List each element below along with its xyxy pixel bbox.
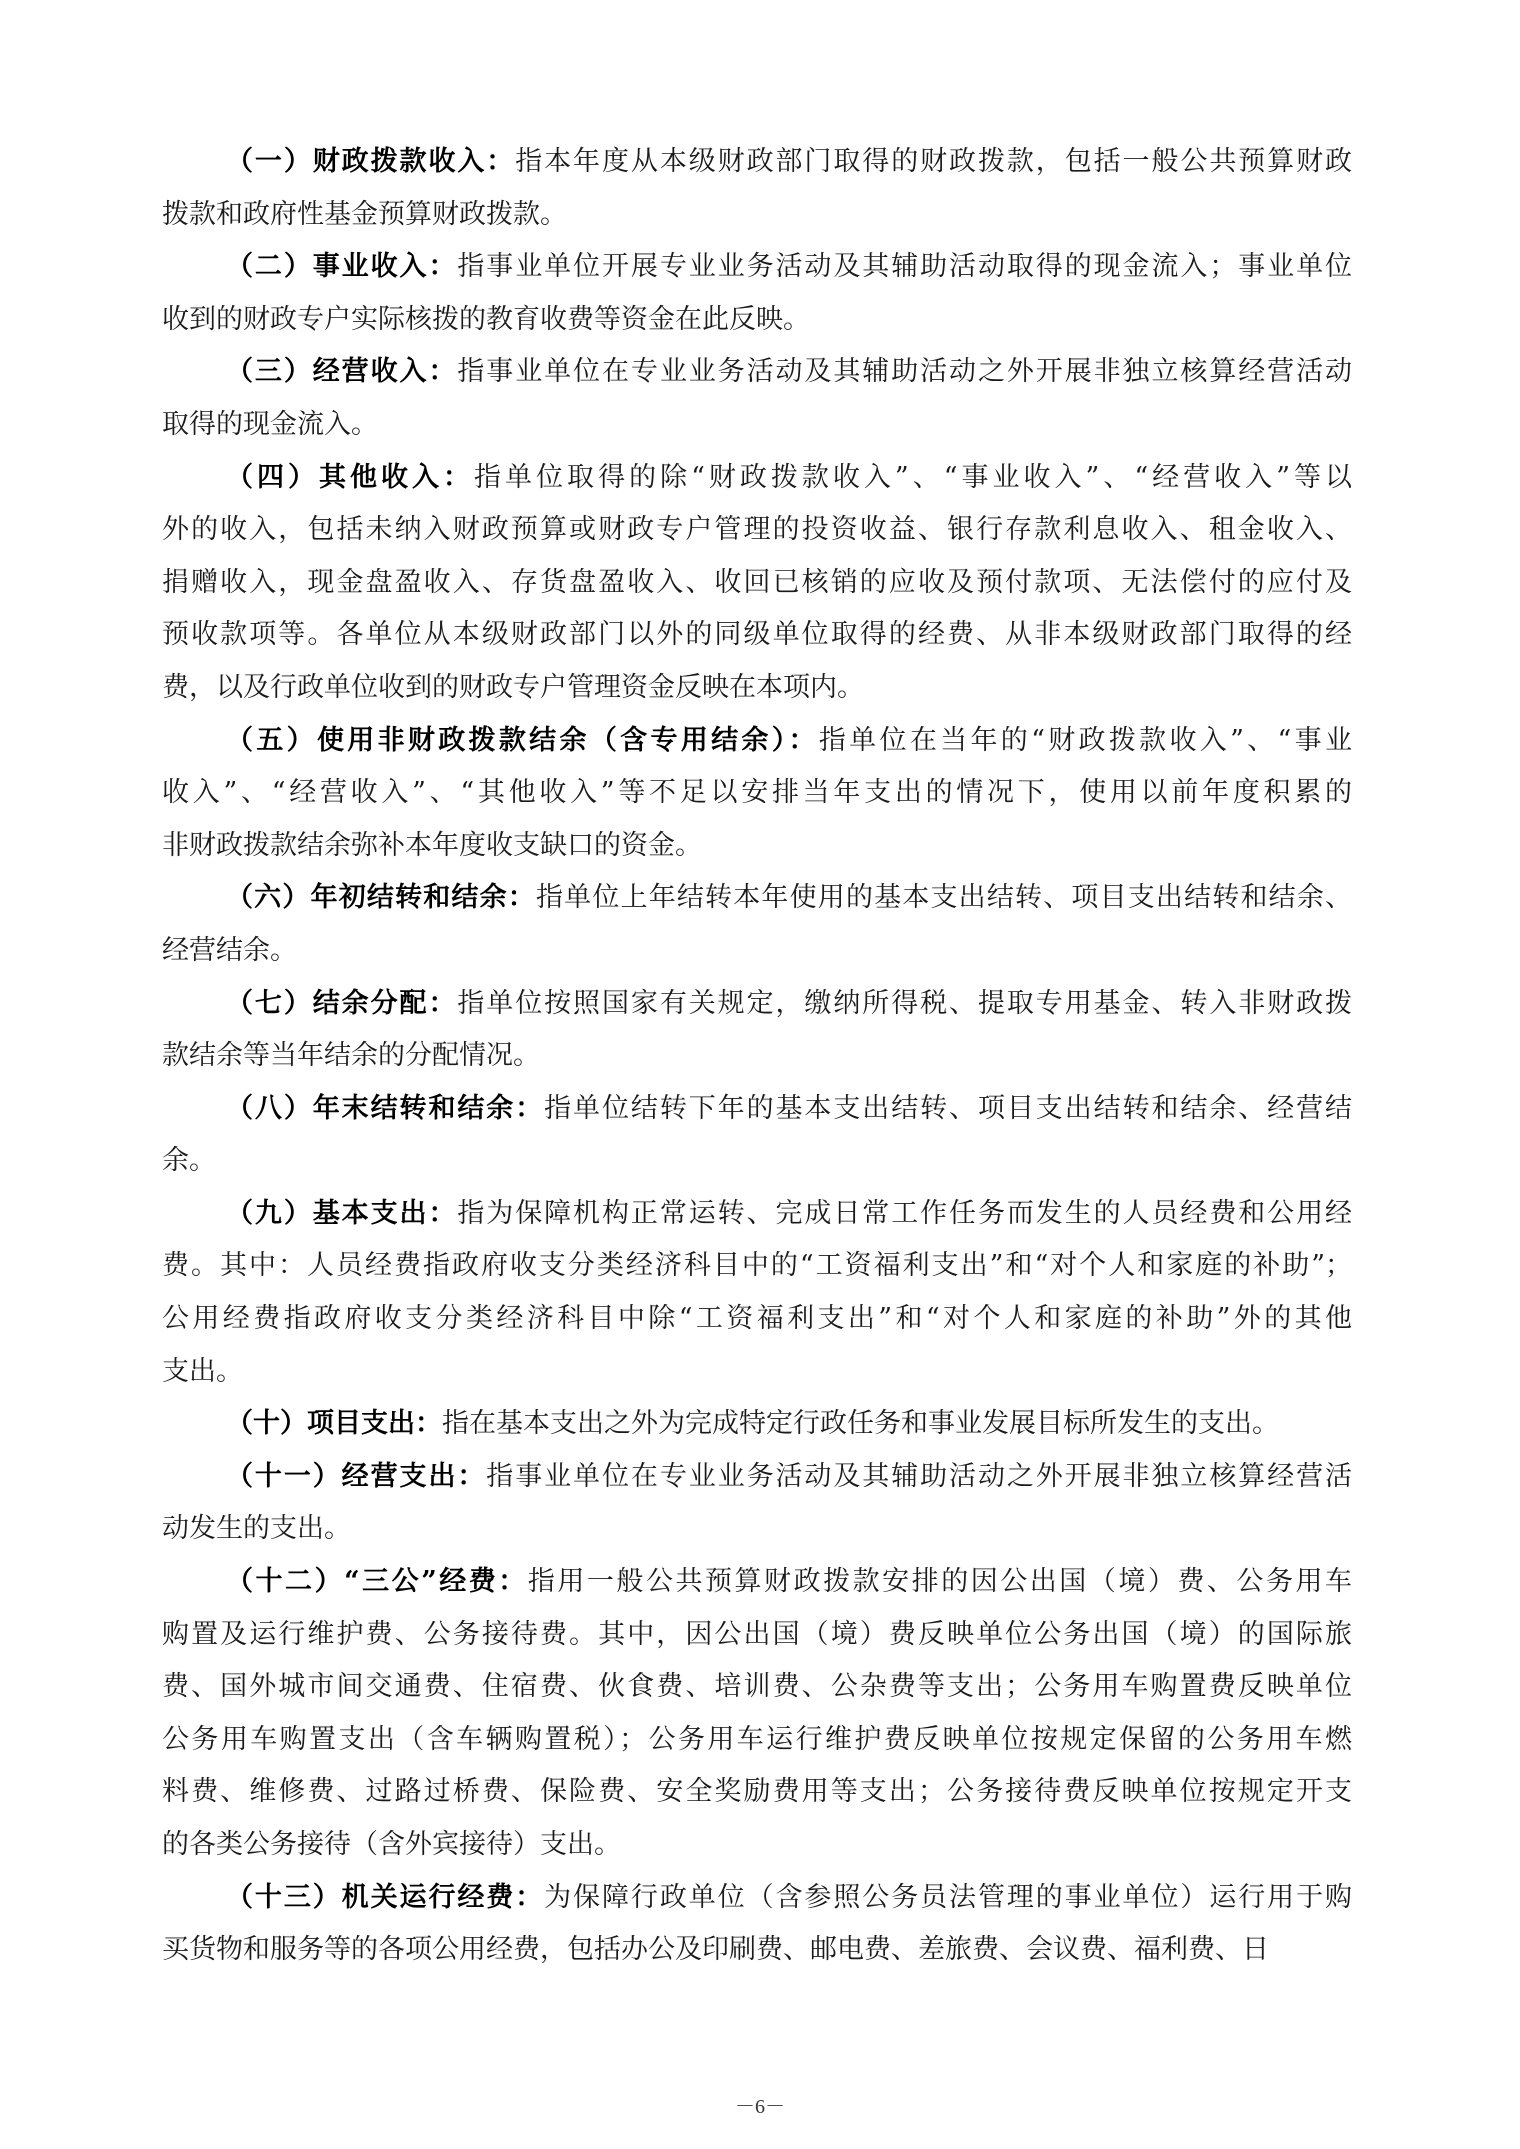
definition-text: 费、国外城市间交通费、住宿费、伙食费、培训费、公杂费等支出；公务用车购置费反映单… bbox=[162, 1671, 1352, 1702]
definition-text: 款结余等当年结余的分配情况。 bbox=[162, 1040, 540, 1071]
page-number: －6－ bbox=[0, 2090, 1520, 2119]
paragraph-line: 支出。 bbox=[162, 1346, 1352, 1399]
paragraph-line: 非财政拨款结余弥补本年度收支缺口的资金。 bbox=[162, 820, 1352, 873]
paragraph-line: （二）事业收入：指事业单位开展专业业务活动及其辅助活动取得的现金流入；事业单位 bbox=[162, 241, 1352, 294]
paragraph-line: （五）使用非财政拨款结余（含专用结余）：指单位在当年的“财政拨款收入”、“事业 bbox=[162, 715, 1352, 768]
definition-paragraph: （九）基本支出：指为保障机构正常运转、完成日常工作任务而发生的人员经费和公用经费… bbox=[162, 1188, 1352, 1398]
paragraph-line: 取得的现金流入。 bbox=[162, 399, 1352, 452]
definition-term: （八）年末结转和结余： bbox=[226, 1093, 544, 1124]
definition-paragraph: （十一）经营支出：指事业单位在专业业务活动及其辅助活动之外开展非独立核算经营活动… bbox=[162, 1451, 1352, 1556]
definition-paragraph: （十二）“三公”经费：指用一般公共预算财政拨款安排的因公出国（境）费、公务用车购… bbox=[162, 1556, 1352, 1872]
paragraph-line: 公用经费指政府收支分类经济科目中除“工资福利支出”和“对个人和家庭的补助”外的其… bbox=[162, 1293, 1352, 1346]
definition-text: 经营结余。 bbox=[162, 935, 297, 966]
definition-text: 动发生的支出。 bbox=[162, 1513, 351, 1544]
definition-term: （九）基本支出： bbox=[226, 1198, 457, 1229]
definition-paragraph: （七）结余分配：指单位按照国家有关规定，缴纳所得税、提取专用基金、转入非财政拨款… bbox=[162, 978, 1352, 1083]
definition-paragraph: （十三）机关运行经费：为保障行政单位（含参照公务员法管理的事业单位）运行用于购买… bbox=[162, 1872, 1352, 1977]
paragraph-line: 外的收入，包括未纳入财政预算或财政专户管理的投资收益、银行存款利息收入、租金收入… bbox=[162, 504, 1352, 557]
definition-text: 指单位取得的除“财政拨款收入”、“事业收入”、“经营收入”等以 bbox=[474, 462, 1352, 493]
definition-paragraph: （二）事业收入：指事业单位开展专业业务活动及其辅助活动取得的现金流入；事业单位收… bbox=[162, 241, 1352, 346]
paragraph-line: 公务用车购置支出（含车辆购置税）；公务用车运行维护费反映单位按规定保留的公务用车… bbox=[162, 1714, 1352, 1767]
definition-term: （五）使用非财政拨款结余（含专用结余）： bbox=[226, 725, 819, 756]
paragraph-line: （八）年末结转和结余：指单位结转下年的基本支出结转、项目支出结转和结余、经营结 bbox=[162, 1083, 1352, 1136]
definition-text: 指事业单位在专业业务活动及其辅助活动之外开展非独立核算经营活动 bbox=[457, 356, 1352, 387]
paragraph-line: 拨款和政府性基金预算财政拨款。 bbox=[162, 189, 1352, 242]
definition-text: 收入”、“经营收入”、“其他收入”等不足以安排当年支出的情况下，使用以前年度积累… bbox=[162, 777, 1352, 808]
definition-text: 指单位在当年的“财政拨款收入”、“事业 bbox=[819, 725, 1352, 756]
definition-term: （二）事业收入： bbox=[226, 251, 457, 282]
paragraph-line: 余。 bbox=[162, 1135, 1352, 1188]
definition-text: 公务用车购置支出（含车辆购置税）；公务用车运行维护费反映单位按规定保留的公务用车… bbox=[162, 1724, 1352, 1755]
definition-text: 为保障行政单位（含参照公务员法管理的事业单位）运行用于购 bbox=[544, 1882, 1352, 1913]
definition-paragraph: （三）经营收入：指事业单位在专业业务活动及其辅助活动之外开展非独立核算经营活动取… bbox=[162, 346, 1352, 451]
paragraph-line: 收入”、“经营收入”、“其他收入”等不足以安排当年支出的情况下，使用以前年度积累… bbox=[162, 767, 1352, 820]
paragraph-line: （七）结余分配：指单位按照国家有关规定，缴纳所得税、提取专用基金、转入非财政拨 bbox=[162, 978, 1352, 1031]
definition-text: 指用一般公共预算财政拨款安排的因公出国（境）费、公务用车 bbox=[528, 1566, 1352, 1597]
definition-paragraph: （一）财政拨款收入：指本年度从本级财政部门取得的财政拨款，包括一般公共预算财政拨… bbox=[162, 136, 1352, 241]
definition-text: 费。其中：人员经费指政府收支分类经济科目中的“工资福利支出”和“对个人和家庭的补… bbox=[162, 1250, 1352, 1281]
definition-text: 公用经费指政府收支分类经济科目中除“工资福利支出”和“对个人和家庭的补助”外的其… bbox=[162, 1303, 1352, 1334]
definition-text: 料费、维修费、过路过桥费、保险费、安全奖励费用等支出；公务接待费反映单位按规定开… bbox=[162, 1776, 1352, 1807]
paragraph-line: 捐赠收入，现金盘盈收入、存货盘盈收入、收回已核销的应收及预付款项、无法偿付的应付… bbox=[162, 557, 1352, 610]
paragraph-line: （四）其他收入：指单位取得的除“财政拨款收入”、“事业收入”、“经营收入”等以 bbox=[162, 452, 1352, 505]
definition-paragraph: （五）使用非财政拨款结余（含专用结余）：指单位在当年的“财政拨款收入”、“事业收… bbox=[162, 715, 1352, 873]
paragraph-line: 款结余等当年结余的分配情况。 bbox=[162, 1030, 1352, 1083]
paragraph-line: 动发生的支出。 bbox=[162, 1503, 1352, 1556]
definition-text: 余。 bbox=[162, 1145, 216, 1176]
paragraph-line: 买货物和服务等的各项公用经费，包括办公及印刷费、邮电费、差旅费、会议费、福利费、… bbox=[162, 1924, 1352, 1977]
definition-term: （一）财政拨款收入： bbox=[226, 146, 515, 177]
definition-term: （四）其他收入： bbox=[226, 462, 474, 493]
definition-text: 指为保障机构正常运转、完成日常工作任务而发生的人员经费和公用经 bbox=[457, 1198, 1352, 1229]
definition-text: 指在基本支出之外为完成特定行政任务和事业发展目标所发生的支出。 bbox=[442, 1408, 1279, 1439]
definition-text: 的各类公务接待（含外宾接待）支出。 bbox=[162, 1829, 621, 1860]
definition-text: 非财政拨款结余弥补本年度收支缺口的资金。 bbox=[162, 830, 702, 861]
definition-term: （七）结余分配： bbox=[226, 988, 457, 1019]
paragraph-line: 料费、维修费、过路过桥费、保险费、安全奖励费用等支出；公务接待费反映单位按规定开… bbox=[162, 1766, 1352, 1819]
definition-text: 费，以及行政单位收到的财政专户管理资金反映在本项内。 bbox=[162, 672, 864, 703]
paragraph-line: 费。其中：人员经费指政府收支分类经济科目中的“工资福利支出”和“对个人和家庭的补… bbox=[162, 1240, 1352, 1293]
definition-text: 取得的现金流入。 bbox=[162, 409, 378, 440]
definition-text: 指单位按照国家有关规定，缴纳所得税、提取专用基金、转入非财政拨 bbox=[457, 988, 1352, 1019]
definition-paragraph: （十）项目支出：指在基本支出之外为完成特定行政任务和事业发展目标所发生的支出。 bbox=[162, 1398, 1352, 1451]
definition-term: （十）项目支出： bbox=[226, 1408, 442, 1439]
definition-text: 拨款和政府性基金预算财政拨款。 bbox=[162, 199, 567, 230]
definition-text: 买货物和服务等的各项公用经费，包括办公及印刷费、邮电费、差旅费、会议费、福利费、… bbox=[162, 1934, 1269, 1965]
paragraph-line: 收到的财政专户实际核拨的教育收费等资金在此反映。 bbox=[162, 294, 1352, 347]
definition-term: （三）经营收入： bbox=[226, 356, 457, 387]
definition-text: 收到的财政专户实际核拨的教育收费等资金在此反映。 bbox=[162, 304, 810, 335]
definition-text: 支出。 bbox=[162, 1356, 243, 1387]
definition-text: 指单位结转下年的基本支出结转、项目支出结转和结余、经营结 bbox=[544, 1093, 1352, 1124]
definition-text: 外的收入，包括未纳入财政预算或财政专户管理的投资收益、银行存款利息收入、租金收入… bbox=[162, 514, 1352, 545]
definition-text: 指本年度从本级财政部门取得的财政拨款，包括一般公共预算财政 bbox=[515, 146, 1352, 177]
definition-text: 指单位上年结转本年使用的基本支出结转、项目支出结转和结余、 bbox=[536, 882, 1352, 913]
definition-term: （十一）经营支出： bbox=[226, 1461, 486, 1492]
definition-term: （十二）“三公”经费： bbox=[226, 1566, 528, 1597]
paragraph-line: （十一）经营支出：指事业单位在专业业务活动及其辅助活动之外开展非独立核算经营活 bbox=[162, 1451, 1352, 1504]
definition-text: 指事业单位开展专业业务活动及其辅助活动取得的现金流入；事业单位 bbox=[457, 251, 1352, 282]
definition-term: （十三）机关运行经费： bbox=[226, 1882, 544, 1913]
definition-text: 指事业单位在专业业务活动及其辅助活动之外开展非独立核算经营活 bbox=[486, 1461, 1352, 1492]
paragraph-line: 费，以及行政单位收到的财政专户管理资金反映在本项内。 bbox=[162, 662, 1352, 715]
paragraph-line: 经营结余。 bbox=[162, 925, 1352, 978]
paragraph-line: （十三）机关运行经费：为保障行政单位（含参照公务员法管理的事业单位）运行用于购 bbox=[162, 1872, 1352, 1925]
definition-paragraph: （八）年末结转和结余：指单位结转下年的基本支出结转、项目支出结转和结余、经营结余… bbox=[162, 1083, 1352, 1188]
paragraph-line: （六）年初结转和结余：指单位上年结转本年使用的基本支出结转、项目支出结转和结余、 bbox=[162, 872, 1352, 925]
definition-paragraph: （四）其他收入：指单位取得的除“财政拨款收入”、“事业收入”、“经营收入”等以外… bbox=[162, 452, 1352, 715]
paragraph-line: 的各类公务接待（含外宾接待）支出。 bbox=[162, 1819, 1352, 1872]
paragraph-line: （一）财政拨款收入：指本年度从本级财政部门取得的财政拨款，包括一般公共预算财政 bbox=[162, 136, 1352, 189]
paragraph-line: 购置及运行维护费、公务接待费。其中，因公出国（境）费反映单位公务出国（境）的国际… bbox=[162, 1609, 1352, 1662]
paragraph-line: 费、国外城市间交通费、住宿费、伙食费、培训费、公杂费等支出；公务用车购置费反映单… bbox=[162, 1661, 1352, 1714]
definition-term: （六）年初结转和结余： bbox=[226, 882, 536, 913]
paragraph-line: （三）经营收入：指事业单位在专业业务活动及其辅助活动之外开展非独立核算经营活动 bbox=[162, 346, 1352, 399]
definition-paragraph: （六）年初结转和结余：指单位上年结转本年使用的基本支出结转、项目支出结转和结余、… bbox=[162, 872, 1352, 977]
definition-text: 捐赠收入，现金盘盈收入、存货盘盈收入、收回已核销的应收及预付款项、无法偿付的应付… bbox=[162, 567, 1352, 598]
paragraph-line: （十二）“三公”经费：指用一般公共预算财政拨款安排的因公出国（境）费、公务用车 bbox=[162, 1556, 1352, 1609]
document-page: （一）财政拨款收入：指本年度从本级财政部门取得的财政拨款，包括一般公共预算财政拨… bbox=[0, 0, 1520, 2149]
paragraph-line: （十）项目支出：指在基本支出之外为完成特定行政任务和事业发展目标所发生的支出。 bbox=[162, 1398, 1352, 1451]
definition-text: 购置及运行维护费、公务接待费。其中，因公出国（境）费反映单位公务出国（境）的国际… bbox=[162, 1619, 1352, 1650]
paragraph-line: 预收款项等。各单位从本级财政部门以外的同级单位取得的经费、从非本级财政部门取得的… bbox=[162, 609, 1352, 662]
paragraph-line: （九）基本支出：指为保障机构正常运转、完成日常工作任务而发生的人员经费和公用经 bbox=[162, 1188, 1352, 1241]
document-body: （一）财政拨款收入：指本年度从本级财政部门取得的财政拨款，包括一般公共预算财政拨… bbox=[162, 136, 1352, 1977]
definition-text: 预收款项等。各单位从本级财政部门以外的同级单位取得的经费、从非本级财政部门取得的… bbox=[162, 619, 1352, 650]
